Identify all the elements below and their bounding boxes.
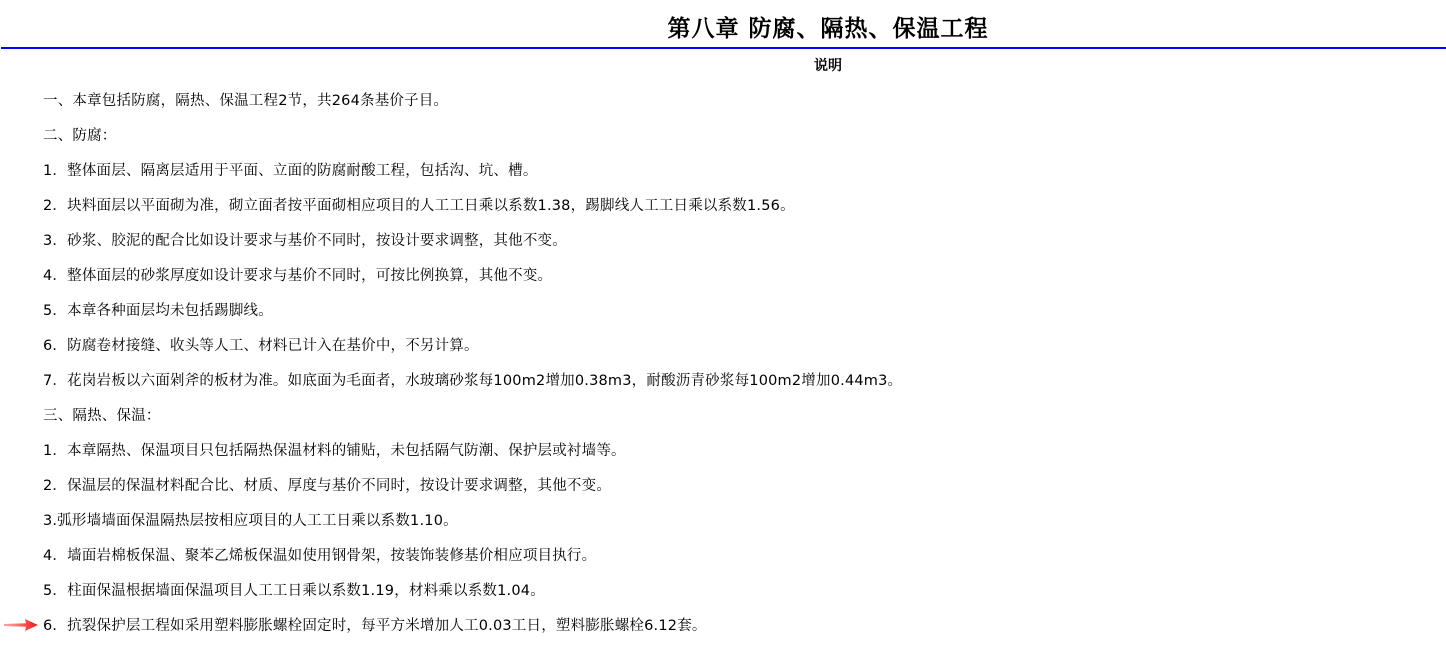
chapter-title: 第八章 防腐、隔热、保温工程 [0,12,1446,46]
anticorrosion-item-5: 5．本章各种面层均未包括踢脚线。 [43,298,1446,333]
anticorrosion-item-4: 4．整体面层的砂浆厚度如设计要求与基价不同时，可按比例换算，其他不变。 [43,263,1446,298]
insulation-item-2: 2．保温层的保温材料配合比、材质、厚度与基价不同时，按设计要求调整，其他不变。 [43,473,1446,508]
explanation-body: 一、本章包括防腐，隔热、保温工程2节，共264条基价子目。 二、防腐： 1．整体… [43,88,1446,648]
anticorrosion-item-6: 6．防腐卷材接缝、收头等人工、材料已计入在基价中，不另计算。 [43,333,1446,368]
section-heading-insulation: 三、隔热、保温： [43,403,1446,438]
insulation-item-6: 6．抗裂保护层工程如采用塑料膨胀螺栓固定时，每平方米增加人工0.03工日，塑料膨… [43,613,1446,648]
anticorrosion-item-7: 7．花岗岩板以六面剁斧的板材为准。如底面为毛面者，水玻璃砂浆每100m2增加0.… [43,368,1446,403]
insulation-item-3: 3.弧形墙墙面保温隔热层按相应项目的人工工日乘以系数1.10。 [43,508,1446,543]
insulation-item-1: 1．本章隔热、保温项目只包括隔热保温材料的铺贴，未包括隔气防潮、保护层或衬墙等。 [43,438,1446,473]
insulation-item-5: 5．柱面保温根据墙面保温项目人工工日乘以系数1.19，材料乘以系数1.04。 [43,578,1446,613]
title-divider [1,47,1446,49]
anticorrosion-item-2: 2．块料面层以平面砌为准，砌立面者按平面砌相应项目的人工工日乘以系数1.38，踢… [43,193,1446,228]
section-heading-anticorrosion: 二、防腐： [43,123,1446,158]
red-arrow-icon [4,618,38,632]
anticorrosion-item-1: 1．整体面层、隔离层适用于平面、立面的防腐耐酸工程，包括沟、坑、槽。 [43,158,1446,193]
insulation-item-4: 4．墙面岩棉板保温、聚苯乙烯板保温如使用钢骨架，按装饰装修基价相应项目执行。 [43,543,1446,578]
anticorrosion-item-3: 3．砂浆、胶泥的配合比如设计要求与基价不同时，按设计要求调整，其他不变。 [43,228,1446,263]
section-subtitle: 说明 [0,55,1446,77]
intro-line: 一、本章包括防腐，隔热、保温工程2节，共264条基价子目。 [43,88,1446,123]
